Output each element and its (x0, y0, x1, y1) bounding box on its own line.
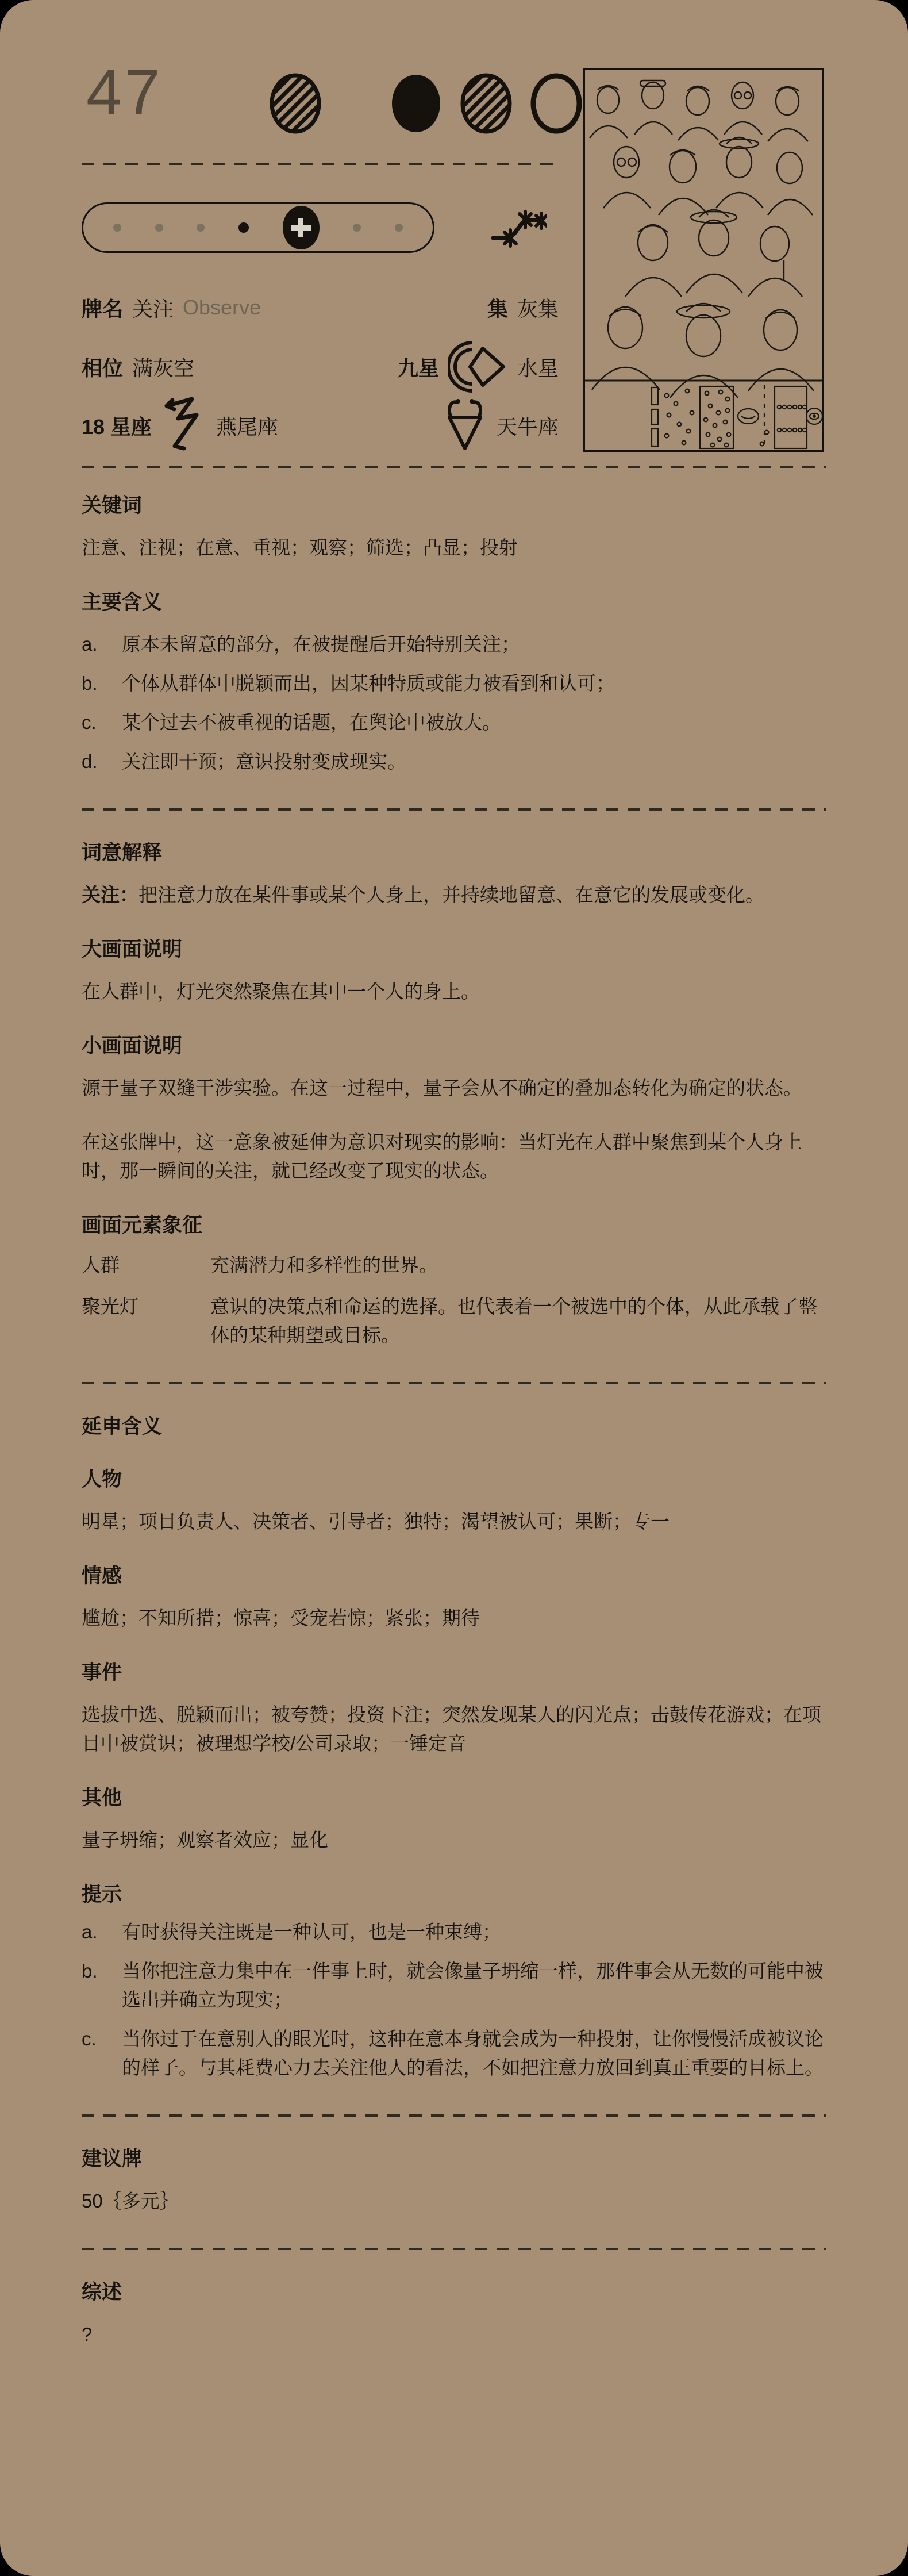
plus-button[interactable] (283, 206, 320, 249)
emotions-heading: 情感 (82, 1564, 826, 1589)
main-meanings-heading: 主要含义 (82, 590, 826, 615)
list-text: 原本未留意的部分，在被提醒后开始特别关注； (122, 630, 826, 659)
card-number: 47 (86, 55, 163, 129)
list-marker: c. (82, 2025, 122, 2082)
ninestar-value: 水星 (517, 352, 559, 382)
phase-label: 相位 (82, 352, 123, 382)
list-text: 关注即干预；意识投射变成现实。 (122, 747, 826, 776)
list-item: b. 当你把注意力集中在一件事上时，就会像量子坍缩一样，那件事会从无数的可能中被… (82, 1957, 826, 2014)
others-heading: 其他 (82, 1786, 826, 1811)
progress-dot[interactable] (155, 224, 163, 232)
list-item: a. 有时获得关注既是一种认可，也是一种束缚； (82, 1918, 826, 1947)
info-row-phase-star: 相位 满灰空 九星 水星 (82, 338, 559, 396)
word-meaning-text: 关注：把注意力放在某件事或某个人身上，并持续地留意、在意它的发展或变化。 (82, 881, 826, 909)
big-picture-text: 在人群中，灯光突然聚焦在其中一个人的身上。 (82, 977, 826, 1006)
name-value: 关注 (132, 293, 174, 323)
zodiac2-value: 天牛座 (497, 411, 559, 440)
dashed-divider (82, 2248, 826, 2250)
keywords-heading: 关键词 (82, 493, 826, 519)
word-meaning-body: 把注意力放在某件事或某个人身上，并持续地留意、在意它的发展或变化。 (138, 884, 764, 905)
list-item: c. 某个过去不被重视的话题，在舆论中被放大。 (82, 708, 826, 737)
progress-dot[interactable] (395, 224, 403, 232)
others-text: 量子坍缩；观察者效应；显化 (82, 1826, 826, 1855)
phase-value: 满灰空 (132, 352, 194, 382)
list-marker: b. (82, 1957, 122, 2014)
emotions-text: 尴尬；不知所措；惊喜；受宠若惊；紧张；期待 (82, 1604, 826, 1633)
word-meaning-term: 关注： (82, 884, 138, 905)
ninestar-label: 九星 (398, 352, 439, 382)
info-row-zodiac: 18 星座 燕尾座 天牛座 (82, 397, 559, 454)
small-picture-para1: 源于量子双缝干涉实验。在这一过程中，量子会从不确定的叠加态转化为确定的状态。 (82, 1074, 826, 1103)
tips-heading: 提示 (82, 1882, 826, 1907)
list-marker: d. (82, 747, 122, 776)
small-picture-heading: 小画面说明 (82, 1034, 826, 1059)
symbol-desc: 意识的决策点和命运的选择。也代表着一个被选中的个体，从此承载了整体的某种期望或目… (210, 1292, 826, 1350)
hatched-oval-icon (460, 72, 513, 135)
extended-heading: 延申含义 (82, 1414, 826, 1439)
progress-dot-current[interactable] (238, 222, 249, 233)
list-item: d. 关注即干预；意识投射变成现实。 (82, 747, 826, 776)
zodiac-label: 18 星座 (82, 411, 152, 440)
small-picture-para2: 在这张牌中，这一意象被延伸为意识对现实的影响：当灯光在人群中聚焦到某个人身上时，… (82, 1128, 826, 1185)
persons-heading: 人物 (82, 1467, 826, 1492)
dashed-divider (82, 163, 554, 165)
summary-text: ? (82, 2320, 826, 2349)
events-text: 选拔中选、脱颖而出；被夸赞；投资下注；突然发现某人的闪光点；击鼓传花游戏；在项目… (82, 1700, 826, 1758)
name-en: Observe (183, 295, 261, 320)
dashed-divider (82, 808, 826, 811)
swallowtail-constellation-icon (161, 396, 207, 455)
symbol-desc: 充满潜力和多样性的世界。 (210, 1251, 826, 1280)
progress-dot[interactable] (353, 224, 361, 232)
list-text: 当你过于在意别人的眼光时，这种在意本身就会成为一种投射，让你慢慢活成被议论的样子… (122, 2025, 826, 2082)
set-value: 灰集 (517, 293, 559, 323)
skybull-icon (443, 396, 487, 455)
set-label: 集 (487, 293, 508, 323)
progress-pill[interactable] (82, 202, 434, 253)
list-marker: a. (82, 630, 122, 659)
hatched-oval-icon (269, 72, 322, 135)
symbols-heading: 画面元素象征 (82, 1213, 826, 1238)
list-marker: c. (82, 708, 122, 737)
dashed-divider (82, 466, 826, 468)
list-text: 某个过去不被重视的话题，在舆论中被放大。 (122, 708, 826, 737)
symbol-term: 人群 (82, 1251, 210, 1280)
persons-text: 明星；项目负责人、决策者、引导者；独特；渴望被认可；果断；专一 (82, 1507, 826, 1536)
card-body: 关键词 注意、注视；在意、重视；观察；筛选；凸显；投射 主要含义 a. 原本未留… (82, 493, 826, 2349)
constellation-icon (490, 205, 547, 258)
phase-indicator (269, 72, 583, 135)
double-slit-diagram (652, 385, 822, 450)
progress-dot[interactable] (197, 224, 205, 232)
keywords-text: 注意、注视；在意、重视；观察；筛选；凸显；投射 (82, 533, 826, 562)
list-marker: a. (82, 1918, 122, 1947)
solid-oval-icon (390, 72, 443, 135)
card-page: 47 (0, 0, 908, 2576)
symbol-row: 聚光灯 意识的决策点和命运的选择。也代表着一个被选中的个体，从此承载了整体的某种… (82, 1292, 826, 1350)
suggested-card-heading: 建议牌 (82, 2147, 826, 2172)
info-row-name-set: 牌名 关注 Observe 集 灰集 (82, 287, 559, 328)
crowd-figures (590, 80, 814, 398)
symbol-term: 聚光灯 (82, 1292, 210, 1350)
list-item: a. 原本未留意的部分，在被提醒后开始特别关注； (82, 630, 826, 659)
list-item: b. 个体从群体中脱颖而出，因某种特质或能力被看到和认可； (82, 669, 826, 698)
list-text: 个体从群体中脱颖而出，因某种特质或能力被看到和认可； (122, 669, 826, 698)
dashed-divider (82, 1382, 826, 1384)
dashed-divider (82, 2114, 826, 2117)
events-heading: 事件 (82, 1660, 826, 1686)
list-marker: b. (82, 669, 122, 698)
big-picture-heading: 大画面说明 (82, 937, 826, 962)
symbol-row: 人群 充满潜力和多样性的世界。 (82, 1251, 826, 1280)
name-label: 牌名 (82, 293, 123, 323)
outline-oval-icon (530, 72, 583, 135)
crowd-illustration (583, 68, 824, 452)
progress-dot[interactable] (113, 224, 121, 232)
word-meaning-heading: 词意解释 (82, 840, 826, 866)
suggested-card-text: 50｛多元｝ (82, 2187, 826, 2216)
zodiac-value: 燕尾座 (216, 411, 278, 440)
list-text: 当你把注意力集中在一件事上时，就会像量子坍缩一样，那件事会从无数的可能中被选出并… (122, 1957, 826, 2014)
mercury-star-icon (448, 338, 508, 396)
list-text: 有时获得关注既是一种认可，也是一种束缚； (122, 1918, 826, 1947)
list-item: c. 当你过于在意别人的眼光时，这种在意本身就会成为一种投射，让你慢慢活成被议论… (82, 2025, 826, 2082)
summary-heading: 综述 (82, 2280, 826, 2305)
